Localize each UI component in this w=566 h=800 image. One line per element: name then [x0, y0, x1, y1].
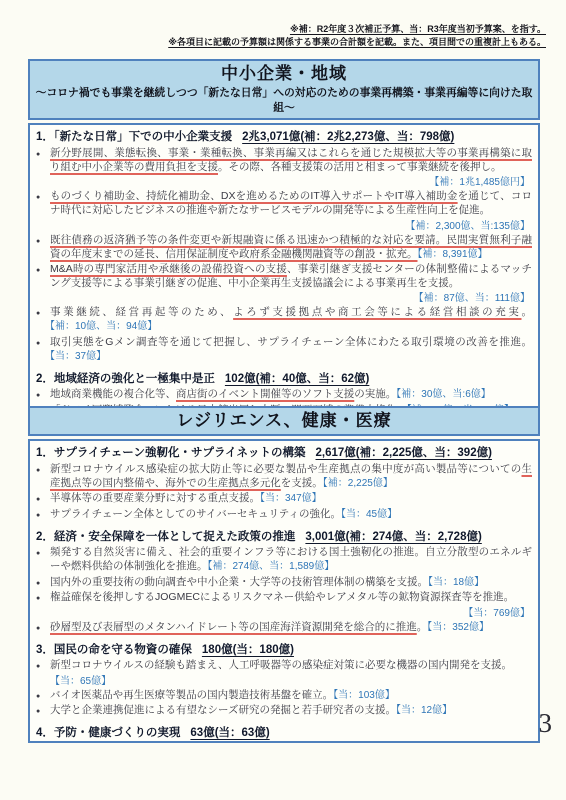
bullet-icon: ●: [36, 234, 50, 262]
bullet-item: ●サプライチェーン全体としてのサイバーセキュリティの強化。【当：45億】: [36, 508, 532, 522]
budget-note: 【当：18億】: [428, 577, 484, 588]
bullet-text: M&A時の専門家活用や承継後の設備投資への支援、事業引継ぎ支援センターの体制整備…: [50, 263, 532, 291]
budget-note-line: 【補：2,300億、当:135億】: [36, 220, 532, 233]
bullet-icon: ●: [36, 546, 50, 574]
budget-note: 【当：103億】: [333, 690, 395, 701]
section-heading: 2．地域経済の強化と一極集中是正102億(補：40億、当：62億): [36, 371, 532, 387]
section-budget-amount: 2,617億(補：2,225億、当：392億): [316, 447, 492, 459]
bullet-text: 頻発する自然災害に備え、社会的重要インフラ等における国土強靭化の推進。自立分散型…: [50, 546, 532, 574]
budget-note: 【当：352億】: [427, 622, 489, 633]
bullet-text: 事業継続、経営再起等のため、よろず支援拠点や商工会等による経営相談の充実。【補：…: [50, 306, 532, 334]
budget-note: 【補：2,300億、当:135億】: [406, 221, 531, 232]
text-segment: 国内外の重要技術の動向調査や中小企業・大学等の技術管理体制の構築を支援。: [50, 576, 428, 588]
bullet-text: 取引実態をGメン調査等を通じて把握し、サプライチェーン全体にわたる取引環境の改善…: [50, 336, 532, 364]
bullet-icon: ●: [36, 463, 50, 491]
budget-note: 【当：45億】: [341, 509, 397, 520]
bullet-icon: ●: [36, 576, 50, 590]
section-title: 2．経済・安全保障を一体として捉えた政策の推進: [36, 531, 295, 543]
box-resilience-health-title: レジリエンス、健康・医療: [34, 410, 534, 431]
bullet-icon: ●: [36, 621, 50, 635]
bullet-item: ●取引実態をGメン調査等を通じて把握し、サプライチェーン全体にわたる取引環境の改…: [36, 336, 532, 364]
bullet-item: ●地域商業機能の複合化等、商店街のイベント開催等のソフト支援の実施。【補：30億…: [36, 388, 532, 402]
bullet-text: バイオ医薬品や再生医療等製品の国内製造技術基盤を確立。【当：103億】: [50, 689, 532, 703]
bullet-text: 新型コロナウイルス感染症の拡大防止等に必要な製品や生産拠点の集中度が高い製品等に…: [50, 463, 532, 491]
text-segment: 地域商業機能の複合化等、: [50, 388, 176, 400]
bullet-item: ●頻発する自然災害に備え、社会的重要インフラ等における国土強靭化の推進。自立分散…: [36, 546, 532, 574]
budget-note: 【当：37億】: [50, 351, 106, 362]
budget-note: 【補：10億、当：94億】: [50, 321, 157, 332]
bullet-text: 新型コロナウイルスの経験も踏まえ、人工呼吸器等の感染症対策に必要な機器の国内開発…: [50, 659, 532, 673]
bullet-text: 既往債務の返済猶予等の条件変更や新規融資に係る迅速かつ積極的な対応を要請。民間実…: [50, 234, 532, 262]
budget-note-line: 【当：65億】: [36, 675, 532, 688]
underlined-text-segment: ものづくり補助金、持続化補助金、DXを進めるためのIT導入サポートやIT導入補助…: [50, 190, 458, 202]
underlined-text-segment: 商店街のイベント開催等のソフト支援: [176, 388, 354, 400]
bullet-item: ●ものづくり補助金、持続化補助金、DXを進めるためのIT導入サポートやIT導入補…: [36, 190, 532, 218]
budget-note: 【当：65億】: [50, 676, 111, 687]
bullet-icon: ●: [36, 508, 50, 522]
section-heading: 1．「新たな日常」下での中小企業支援2兆3,071億(補：2兆2,273億、当：…: [36, 129, 532, 145]
budget-note-line: 【補：1兆1,485億円】: [36, 176, 532, 189]
bullet-item: ●国内外の重要技術の動向調査や中小企業・大学等の技術管理体制の構築を支援。【当：…: [36, 576, 532, 590]
section-budget-amount: 3,001億(補：274億、当：2,728億): [305, 531, 481, 543]
section-budget-amount: 63億(当：63億): [190, 727, 269, 739]
budget-note-line: 【当：769億】: [36, 607, 532, 620]
bullet-item: ●M&A時の専門家活用や承継後の設備投資への支援、事業引継ぎ支援センターの体制整…: [36, 263, 532, 291]
bullet-icon: ●: [36, 147, 50, 175]
section-title: 4．予防・健康づくりの実現: [36, 727, 180, 739]
bullet-item: ●健康情報等に基づく医学的根拠を活用し、優れた製品・サービスの創出を促進。【当：…: [36, 743, 532, 744]
text-segment: 半導体等の重要産業分野に対する重点支援。: [50, 492, 260, 504]
bullet-text: 砂層型及び表層型のメタンハイドレート等の国産海洋資源開発を総合的に推進。【当：3…: [50, 621, 532, 635]
top-note-2: ※各項目に記載の予算額は関係する事業の合計額を記載。また、項目間での重複計上もあ…: [168, 36, 546, 49]
budget-note: 【補：8,391億】: [418, 249, 488, 260]
bullet-icon: ●: [36, 190, 50, 218]
bullet-icon: ●: [36, 306, 50, 334]
section-budget-amount: 180億(当：180億): [202, 644, 294, 656]
text-segment: 健康情報等に基づく医学的根拠を活用し、優れた製品・サービスの創出を促進。: [50, 743, 428, 744]
bullet-item: ●新型コロナウイルス感染症の拡大防止等に必要な製品や生産拠点の集中度が高い製品等…: [36, 463, 532, 491]
text-segment: を支援。: [281, 477, 323, 489]
bullet-icon: ●: [36, 659, 50, 673]
document-page: ※補：R2年度３次補正予算、当：R3年度当初予算案、を指す。 ※各項目に記載の予…: [0, 0, 566, 800]
underlined-text-segment: M&A時の専門家活用や承継後の設備投資への支援: [50, 263, 287, 275]
section-heading: 1．サプライチェーン強靭化・サプライネットの構築2,617億(補：2,225億、…: [36, 445, 532, 461]
page-number: 3: [539, 708, 553, 739]
bullet-icon: ●: [36, 743, 50, 744]
budget-note: 【当：347億】: [260, 493, 322, 504]
budget-note: 【補：1兆1,485億円】: [429, 177, 530, 188]
bullet-item: ●半導体等の重要産業分野に対する重点支援。【当：347億】: [36, 492, 532, 506]
text-segment: 権益確保を後押しするJOGMECによるリスクマネー供給やレアメタル等の鉱物資源探…: [50, 591, 514, 603]
section-budget-amount: 102億(補：40億、当：62億): [225, 373, 369, 385]
budget-note: 【補：30億、当:6億】: [396, 389, 490, 400]
box-sme-region-header: 中小企業・地域 ～コロナ禍でも事業を継続しつつ「新たな日常」への対応のための事業…: [28, 59, 540, 120]
bullet-text: 大学と企業連携促進による有望なシーズ研究の発掘と若手研究者の支援。【当：12億】: [50, 704, 532, 718]
bullet-item: ●砂層型及び表層型のメタンハイドレート等の国産海洋資源開発を総合的に推進。【当：…: [36, 621, 532, 635]
bullet-item: ●新分野展開、業態転換、事業・業種転換、事業再編又はこれらを通じた規模拡大等の事…: [36, 147, 532, 175]
text-segment: サプライチェーン全体としてのサイバーセキュリティの強化。: [50, 508, 341, 520]
bullet-item: ●権益確保を後押しするJOGMECによるリスクマネー供給やレアメタル等の鉱物資源…: [36, 591, 532, 605]
section-budget-amount: 2兆3,071億(補：2兆2,273億、当：798億): [242, 131, 454, 143]
box-sme-region-content: 1．「新たな日常」下での中小企業支援2兆3,071億(補：2兆2,273億、当：…: [28, 123, 540, 413]
text-segment: バイオ医薬品や再生医療等製品の国内製造技術基盤を確立。: [50, 689, 333, 701]
bullet-icon: ●: [36, 388, 50, 402]
text-segment: 新型コロナウイルス感染症の拡大防止等に必要な製品や生産拠点の集中度が高い製品等に…: [50, 463, 522, 475]
bullet-icon: ●: [36, 591, 50, 605]
bullet-text: 権益確保を後押しするJOGMECによるリスクマネー供給やレアメタル等の鉱物資源探…: [50, 591, 532, 605]
bullet-text: ものづくり補助金、持続化補助金、DXを進めるためのIT導入サポートやIT導入補助…: [50, 190, 532, 218]
bullet-item: ●既往債務の返済猶予等の条件変更や新規融資に係る迅速かつ積極的な対応を要請。民間…: [36, 234, 532, 262]
box-resilience-health: レジリエンス、健康・医療 1．サプライチェーン強靭化・サプライネットの構築2,6…: [28, 406, 540, 743]
budget-note: 【補：274億、当：1,589億】: [208, 561, 335, 572]
bullet-text: サプライチェーン全体としてのサイバーセキュリティの強化。【当：45億】: [50, 508, 532, 522]
bullet-icon: ●: [36, 336, 50, 364]
section-title: 1．「新たな日常」下での中小企業支援: [36, 131, 232, 143]
bullet-item: ●新型コロナウイルスの経験も踏まえ、人工呼吸器等の感染症対策に必要な機器の国内開…: [36, 659, 532, 673]
underlined-text-segment: 砂層型及び表層型のメタンハイドレート等の国産海洋資源開発を総合的に推進: [50, 621, 417, 633]
top-notes: ※補：R2年度３次補正予算、当：R3年度当初予算案、を指す。 ※各項目に記載の予…: [168, 23, 546, 48]
box-resilience-health-header: レジリエンス、健康・医療: [28, 406, 540, 436]
budget-note: 【当：12億】: [396, 705, 452, 716]
section-heading: 4．予防・健康づくりの実現63億(当：63億): [36, 725, 532, 741]
top-note-1: ※補：R2年度３次補正予算、当：R3年度当初予算案、を指す。: [168, 23, 546, 36]
section-heading: 3．国民の命を守る物資の確保180億(当：180億): [36, 642, 532, 658]
bullet-icon: ●: [36, 689, 50, 703]
text-segment: 取引実態をGメン調査等を通じて把握し、サプライチェーン全体にわたる取引環境の改善…: [50, 336, 532, 348]
text-segment: 。: [522, 306, 533, 318]
budget-note: 【補：87億、当：111億】: [414, 293, 530, 304]
box-resilience-health-content: 1．サプライチェーン強靭化・サプライネットの構築2,617億(補：2,225億、…: [28, 439, 540, 743]
bullet-item: ●事業継続、経営再起等のため、よろず支援拠点や商工会等による経営相談の充実。【補…: [36, 306, 532, 334]
section-title: 3．国民の命を守る物資の確保: [36, 644, 192, 656]
bullet-icon: ●: [36, 704, 50, 718]
bullet-icon: ●: [36, 263, 50, 291]
text-segment: 。その際、各種支援策の活用と相まって事業継続を後押し。: [218, 161, 502, 173]
text-segment: 。: [417, 621, 428, 633]
budget-note: 【補：2,225億】: [323, 478, 393, 489]
box-sme-region: 中小企業・地域 ～コロナ禍でも事業を継続しつつ「新たな日常」への対応のための事業…: [28, 59, 540, 413]
section-heading: 2．経済・安全保障を一体として捉えた政策の推進3,001億(補：274億、当：2…: [36, 529, 532, 545]
bullet-text: 健康情報等に基づく医学的根拠を活用し、優れた製品・サービスの創出を促進。【当：5…: [50, 743, 532, 744]
box-sme-region-title: 中小企業・地域: [34, 63, 534, 84]
bullet-text: 国内外の重要技術の動向調査や中小企業・大学等の技術管理体制の構築を支援。【当：1…: [50, 576, 532, 590]
budget-note: 【当：769億】: [463, 608, 530, 619]
section-title: 2．地域経済の強化と一極集中是正: [36, 373, 215, 385]
bullet-item: ●バイオ医薬品や再生医療等製品の国内製造技術基盤を確立。【当：103億】: [36, 689, 532, 703]
bullet-text: 地域商業機能の複合化等、商店街のイベント開催等のソフト支援の実施。【補：30億、…: [50, 388, 532, 402]
section-title: 1．サプライチェーン強靭化・サプライネットの構築: [36, 447, 306, 459]
text-segment: の実施。: [354, 388, 396, 400]
box-sme-region-subtitle: ～コロナ禍でも事業を継続しつつ「新たな日常」への対応のための事業再構築・事業再編…: [34, 85, 534, 115]
bullet-item: ●大学と企業連携促進による有望なシーズ研究の発掘と若手研究者の支援。【当：12億…: [36, 704, 532, 718]
bullet-text: 新分野展開、業態転換、事業・業種転換、事業再編又はこれらを通じた規模拡大等の事業…: [50, 147, 532, 175]
underlined-text-segment: よろず支援拠点や商工会等による経営相談の充実: [233, 306, 521, 318]
bullet-icon: ●: [36, 492, 50, 506]
text-segment: 新型コロナウイルスの経験も踏まえ、人工呼吸器等の感染症対策に必要な機器の国内開発…: [50, 659, 512, 671]
budget-note-line: 【補：87億、当：111億】: [36, 292, 532, 305]
text-segment: 事業継続、経営再起等のため、: [50, 306, 233, 318]
bullet-text: 半導体等の重要産業分野に対する重点支援。【当：347億】: [50, 492, 532, 506]
text-segment: 大学と企業連携促進による有望なシーズ研究の発掘と若手研究者の支援。: [50, 704, 396, 716]
